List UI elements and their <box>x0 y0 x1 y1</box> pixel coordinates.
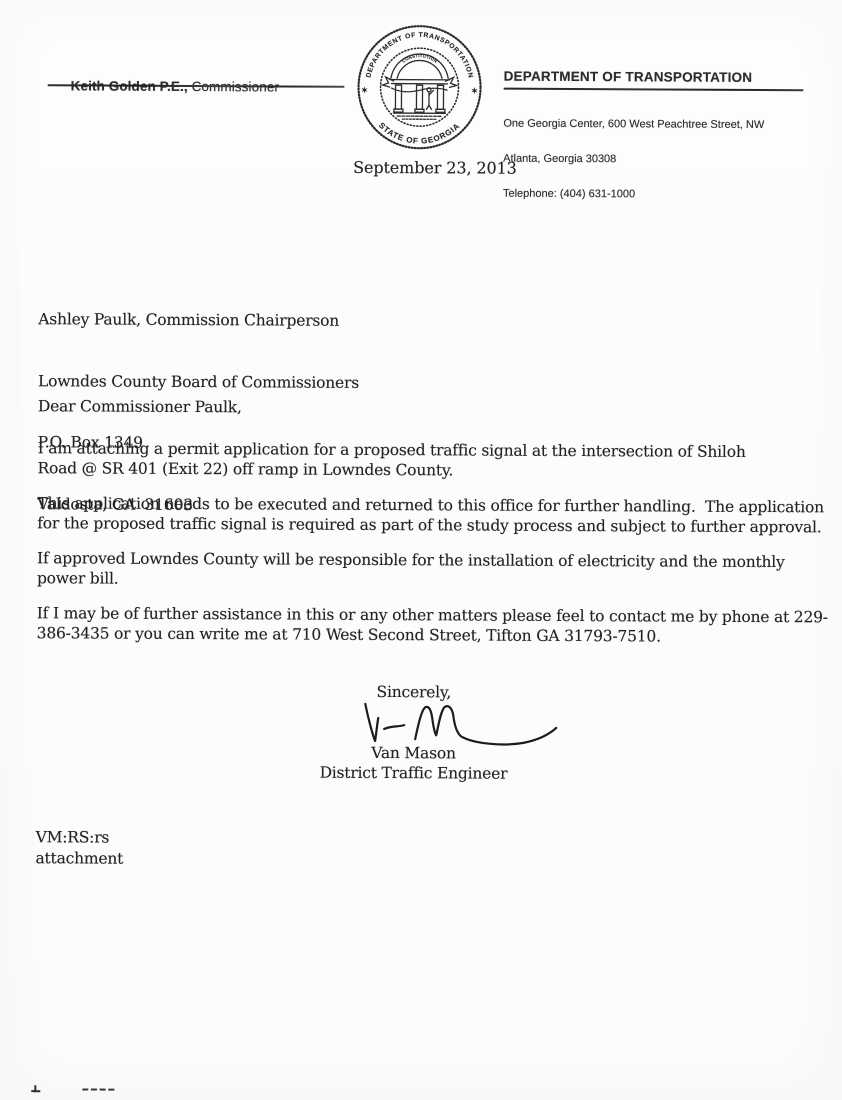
body-line: 386-3435 or you can write me at 710 West… <box>37 623 819 648</box>
seal-arch-band-text: CONSTITUTION <box>401 53 438 64</box>
scanned-letter-page: Keith Golden P.E., Commissioner DEPARTME… <box>0 0 842 1100</box>
department-underline-rule <box>504 88 804 92</box>
body-line: power bill. <box>37 568 819 593</box>
body-line: Road @ SR 401 (Exit 22) off ramp in Lown… <box>37 458 819 483</box>
signer-title: District Traffic Engineer <box>296 763 531 785</box>
reference-block: VM:RS:rs attachment <box>35 827 123 868</box>
recipient-line: Ashley Paulk, Commission Chairperson <box>38 309 359 331</box>
scan-artifact-mark <box>31 1085 40 1092</box>
body-paragraph: If I may be of further assistance in thi… <box>37 603 819 648</box>
letter-body: Dear Commissioner Paulk, I am attaching … <box>37 396 820 662</box>
body-paragraph: This application needs to be executed an… <box>37 493 819 538</box>
georgia-dot-seal-icon: DEPARTMENT OF TRANSPORTATION STATE OF GE… <box>349 17 490 158</box>
body-paragraph: I am attaching a permit application for … <box>37 438 819 483</box>
reference-initials: VM:RS:rs <box>36 827 124 848</box>
seal-bottom-arc-text: STATE OF GEORGIA <box>377 121 462 146</box>
seal-right-star-icon: ✶ <box>471 86 478 95</box>
seal-left-star-icon: ✶ <box>361 86 368 95</box>
body-paragraph: If approved Lowndes County will be respo… <box>37 548 819 593</box>
seal-arch-emblem <box>382 54 456 120</box>
department-title: DEPARTMENT OF TRANSPORTATION <box>504 69 824 86</box>
enclosure-note: attachment <box>35 848 123 869</box>
body-line: If approved Lowndes County will be respo… <box>37 548 819 573</box>
handwritten-signature <box>351 699 571 754</box>
department-address-line: Atlanta, Georgia 30308 <box>503 154 823 167</box>
department-phone-line: Telephone: (404) 631-1000 <box>503 189 823 202</box>
scan-artifact-dashes <box>82 1088 114 1090</box>
body-line: for the proposed traffic signal is requi… <box>37 513 819 538</box>
recipient-line: Lowndes County Board of Commissioners <box>38 371 359 393</box>
salutation: Dear Commissioner Paulk, <box>38 396 820 421</box>
letter-date: September 23, 2013 <box>353 158 517 178</box>
department-letterhead: DEPARTMENT OF TRANSPORTATION One Georgia… <box>503 69 824 226</box>
department-address-line: One Georgia Center, 600 West Peachtree S… <box>503 118 823 131</box>
